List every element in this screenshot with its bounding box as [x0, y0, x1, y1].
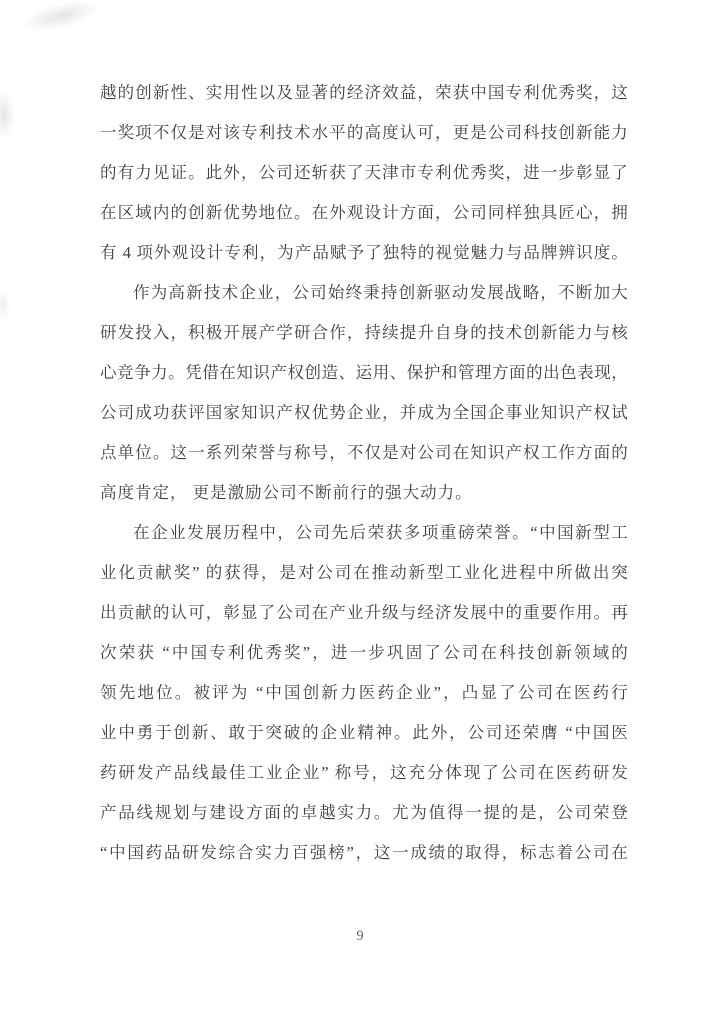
- text-line: 点单位。这一系列荣誉与称号，不仅是对公司在知识产权工作方面的: [100, 433, 628, 473]
- text-line: 研发投入，积极开展产学研合作，持续提升自身的技术创新能力与核: [100, 313, 628, 353]
- text-line: 越的创新性、实用性以及显著的经济效益，荣获中国专利优秀奖，这: [100, 73, 628, 113]
- text-line: 业化贡献奖” 的获得，是对公司在推动新型工业化进程中所做出突: [100, 553, 628, 593]
- scan-artifact: [0, 92, 14, 138]
- page-body: 越的创新性、实用性以及显著的经济效益，荣获中国专利优秀奖，这 一奖项不仅是对该专…: [100, 73, 628, 873]
- document-page: 越的创新性、实用性以及显著的经济效益，荣获中国专利优秀奖，这 一奖项不仅是对该专…: [0, 0, 720, 1018]
- text-line: 作为高新技术企业，公司始终秉持创新驱动发展战略，不断加大: [100, 273, 628, 313]
- paragraph: 在企业发展历程中，公司先后荣获多项重磅荣誉。“中国新型工 业化贡献奖” 的获得，…: [100, 513, 628, 873]
- text-line: 业中勇于创新、敢于突破的企业精神。此外，公司还荣膺 “中国医: [100, 713, 628, 753]
- text-line: 一奖项不仅是对该专利技术水平的高度认可，更是公司科技创新能力: [100, 113, 628, 153]
- text-line: 高度肯定， 更是激励公司不断前行的强大动力。: [100, 473, 628, 513]
- scan-artifact: [0, 290, 10, 320]
- text-line: 产品线规划与建设方面的卓越实力。尤为值得一提的是，公司荣登: [100, 793, 628, 833]
- text-line: 次荣获 “中国专利优秀奖”，进一步巩固了公司在科技创新领域的: [100, 633, 628, 673]
- text-line: 公司成功获评国家知识产权优势企业，并成为全国企事业知识产权试: [100, 393, 628, 433]
- paragraph: 越的创新性、实用性以及显著的经济效益，荣获中国专利优秀奖，这 一奖项不仅是对该专…: [100, 73, 628, 273]
- text-line: 出贡献的认可，彰显了公司在产业升级与经济发展中的重要作用。再: [100, 593, 628, 633]
- text-line: 领先地位。被评为 “中国创新力医药企业”，凸显了公司在医药行: [100, 673, 628, 713]
- text-line: 药研发产品线最佳工业企业” 称号，这充分体现了公司在医药研发: [100, 753, 628, 793]
- scan-artifact: [20, 0, 101, 37]
- text-line: “中国药品研发综合实力百强榜”，这一成绩的取得，标志着公司在: [100, 833, 628, 873]
- page-number: 9: [0, 928, 720, 945]
- paragraph: 作为高新技术企业，公司始终秉持创新驱动发展战略，不断加大 研发投入，积极开展产学…: [100, 273, 628, 513]
- text-line: 在区域内的创新优势地位。在外观设计方面，公司同样独具匠心，拥: [100, 193, 628, 233]
- text-line: 在企业发展历程中，公司先后荣获多项重磅荣誉。“中国新型工: [100, 513, 628, 553]
- text-line: 的有力见证。此外，公司还斩获了天津市专利优秀奖，进一步彰显了: [100, 153, 628, 193]
- text-line: 有 4 项外观设计专利，为产品赋予了独特的视觉魅力与品牌辨识度。: [100, 233, 628, 273]
- text-line: 心竞争力。凭借在知识产权创造、运用、保护和管理方面的出色表现，: [100, 353, 628, 393]
